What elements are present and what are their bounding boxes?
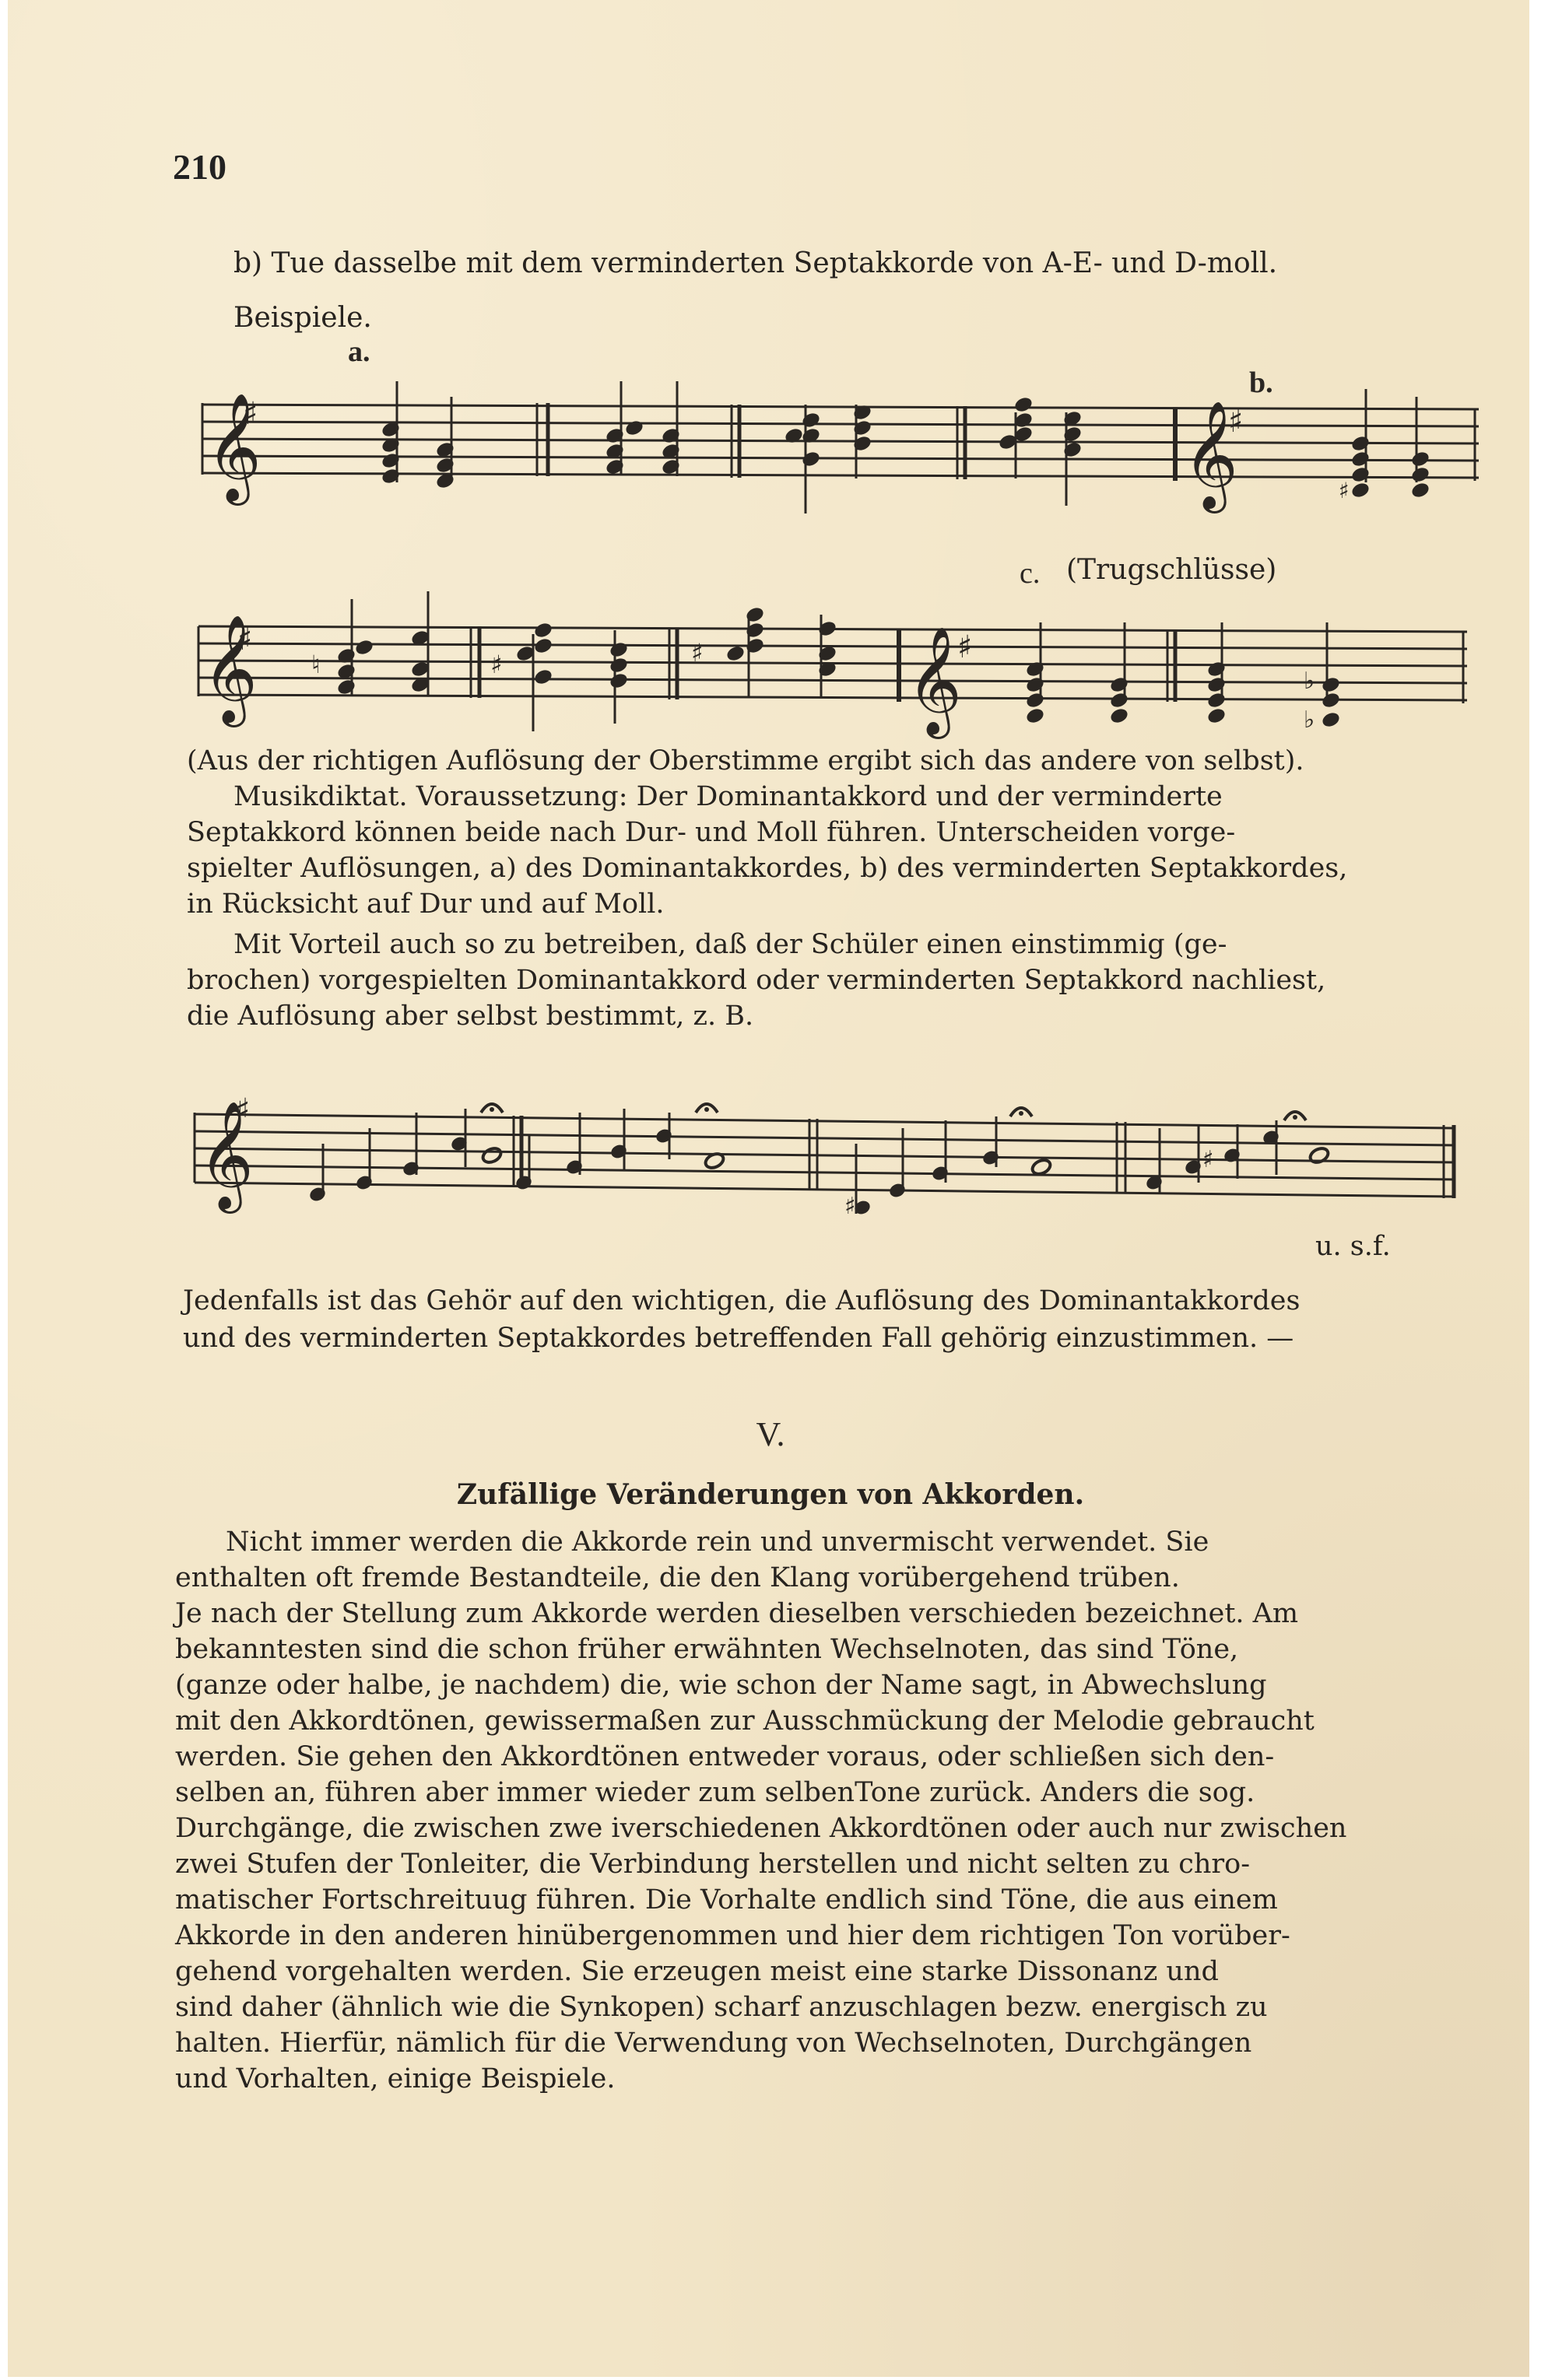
svg-text:𝄞: 𝄞 [907,626,962,739]
text-line: enthalten oft fremde Bestandteile, die d… [175,1562,1180,1593]
text-line: in Rücksicht auf Dur und auf Moll. [187,889,665,920]
example-label-a: a. [348,335,370,369]
continuation-label: u. s.f. [1315,1231,1391,1262]
section-number: V. [0,1414,1541,1454]
page-number: 210 [173,146,226,188]
text-line: Je nach der Stellung zum Akkorde werden … [175,1598,1298,1629]
text-line: und Vorhalten, einige Beispiele. [175,2063,615,2094]
svg-text:♯: ♯ [237,622,252,657]
svg-text:♭: ♭ [1304,706,1315,734]
text-line: und des verminderten Septakkordes betref… [183,1323,1294,1354]
svg-text:♯: ♯ [1202,1146,1214,1173]
text-line: Septakkord können beide nach Dur- und Mo… [187,817,1235,848]
text-line: werden. Sie gehen den Akkordtönen entwed… [175,1741,1274,1772]
text-line: Akkorde in den anderen hinübergenommen u… [175,1920,1290,1951]
svg-text:♯: ♯ [844,1193,856,1220]
text-line: bekanntesten sind die schon früher erwäh… [175,1634,1238,1665]
text-line: Musikdiktat. Voraussetzung: Der Dominant… [233,781,1223,812]
text-line: (ganze oder halbe, je nachdem) die, wie … [175,1670,1267,1701]
text-line: brochen) vorgespielten Dominantakkord od… [187,965,1325,996]
music-staff-2: 𝄞 𝄞 ♯ ♯ ♮ ♯ ♯ [171,591,1487,739]
text-line: mit den Akkordtönen, gewissermaßen zur A… [175,1705,1315,1737]
svg-text:♯: ♯ [957,629,972,665]
text-line: die Auflösung aber selbst bestimmt, z. B… [187,1001,753,1032]
svg-text:♯: ♯ [1228,404,1243,440]
svg-text:♯: ♯ [243,396,258,432]
text-line: (Aus der richtigen Auflösung der Obersti… [187,745,1304,776]
examples-label: Beispiele. [233,302,372,334]
text-line: matischer Fortschreituug führen. Die Vor… [175,1884,1278,1916]
text-line: halten. Hierfür, nämlich für die Verwend… [175,2028,1251,2059]
deceptive-cadence-label: (Trugschlüsse) [1066,554,1276,586]
melody-staff: 𝄞 ♯ ♯ ♯ [187,1081,1463,1237]
text-line: spielter Auflösungen, a) des Dominantakk… [187,853,1347,884]
text-line: selben an, führen aber immer wieder zum … [175,1777,1255,1808]
instruction-line: b) Tue dasselbe mit dem verminderten Sep… [233,247,1277,279]
svg-text:♯: ♯ [1339,478,1350,503]
svg-text:♭: ♭ [1304,668,1315,695]
text-line: sind daher (ähnlich wie die Synkopen) sc… [175,1992,1268,2023]
text-line: Mit Vorteil auch so zu betreiben, daß de… [233,929,1227,960]
text-line: gehend vorgehalten werden. Sie erzeugen … [175,1956,1219,1987]
example-label-c: c. [1020,556,1040,591]
text-line: Durchgänge, die zwischen zwe iverschiede… [175,1813,1346,1844]
music-staff-1: 𝄞 𝄞 ♯ ♯ [171,381,1487,514]
text-line: Nicht immer werden die Akkorde rein und … [226,1526,1209,1558]
svg-text:♯: ♯ [235,1092,250,1128]
text-line: Jedenfalls ist das Gehör auf den wichtig… [183,1285,1300,1316]
section-title: Zufällige Veränderungen von Akkorden. [0,1478,1541,1511]
svg-text:♯: ♯ [691,638,703,668]
svg-text:♮: ♮ [311,650,320,679]
svg-text:♯: ♯ [490,650,502,679]
text-line: zwei Stufen der Tonleiter, die Verbindun… [175,1849,1250,1880]
